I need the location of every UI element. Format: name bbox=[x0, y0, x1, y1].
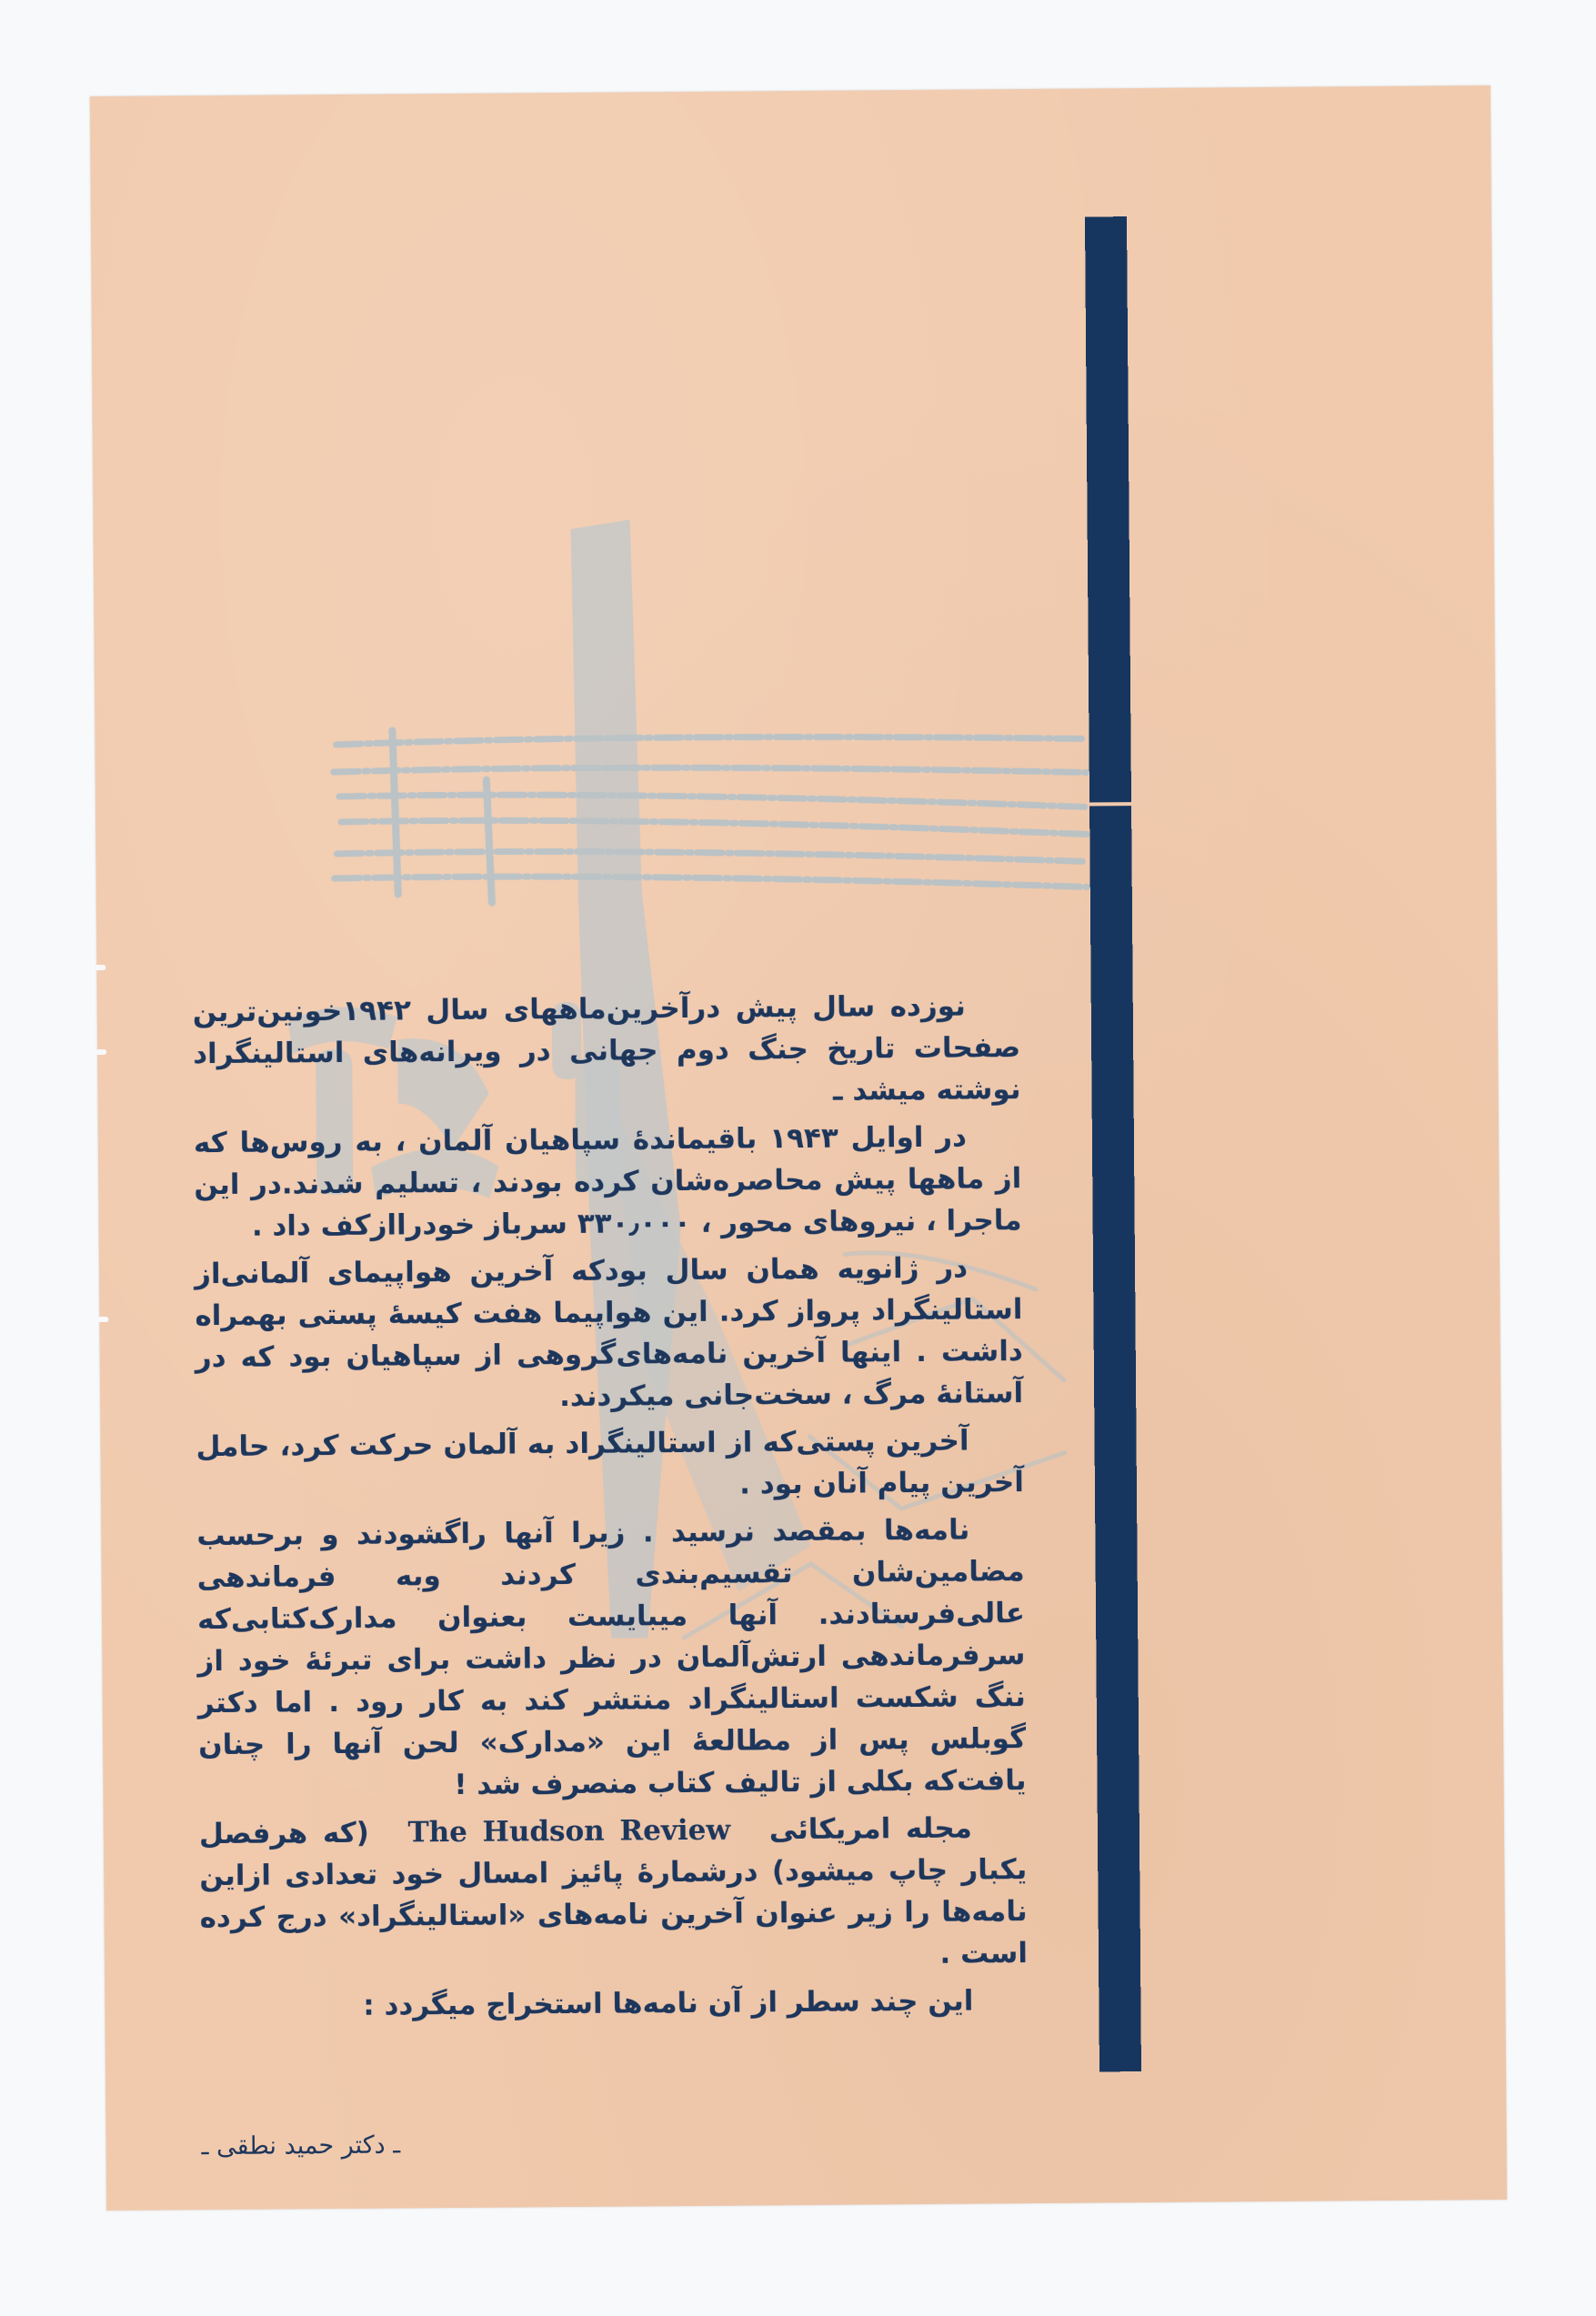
binding-hole bbox=[97, 1317, 108, 1322]
author-byline: ـ دکتر حمید نطقی ـ bbox=[201, 2126, 1029, 2161]
bar-scratch bbox=[1089, 802, 1131, 806]
paragraph-last-post: آخرین پستی‌که از استالینگراد به آلمان حر… bbox=[196, 1419, 1024, 1509]
paragraph-intro: نوزده سال پیش درآخرین‌ماههای سال ۱۹۴۲خون… bbox=[193, 985, 1021, 1117]
magazine-title: The Hudson Review bbox=[407, 1814, 730, 1850]
vertical-accent-bar bbox=[1085, 216, 1141, 2071]
paragraph-hudson-review: مجله امریکائی The Hudson Review (که هرفص… bbox=[199, 1807, 1028, 1980]
paragraph-excerpt-intro: این چند سطر از آن نامه‌ها استخراج میگردد… bbox=[200, 1980, 1028, 2028]
hudson-before: مجله امریکائی bbox=[769, 1812, 972, 1847]
binding-hole bbox=[95, 965, 105, 970]
article-body: نوزده سال پیش درآخرین‌ماههای سال ۱۹۴۲خون… bbox=[193, 985, 1029, 2033]
paragraph-letters-fate: نامه‌ها بمقصد نرسید . زیرا آنها راگشودند… bbox=[196, 1509, 1027, 1808]
binding-hole bbox=[95, 1049, 106, 1055]
paragraph-surrender: در اوایل ۱۹۴۳ باقیماندهٔ سپاهیان آلمان ،… bbox=[194, 1116, 1022, 1248]
paragraph-last-plane: در ژانویه همان سال بودکه آخرین هواپیمای … bbox=[195, 1247, 1023, 1420]
paper-page: نوزده سال پیش درآخرین‌ماههای سال ۱۹۴۲خون… bbox=[90, 85, 1507, 2211]
